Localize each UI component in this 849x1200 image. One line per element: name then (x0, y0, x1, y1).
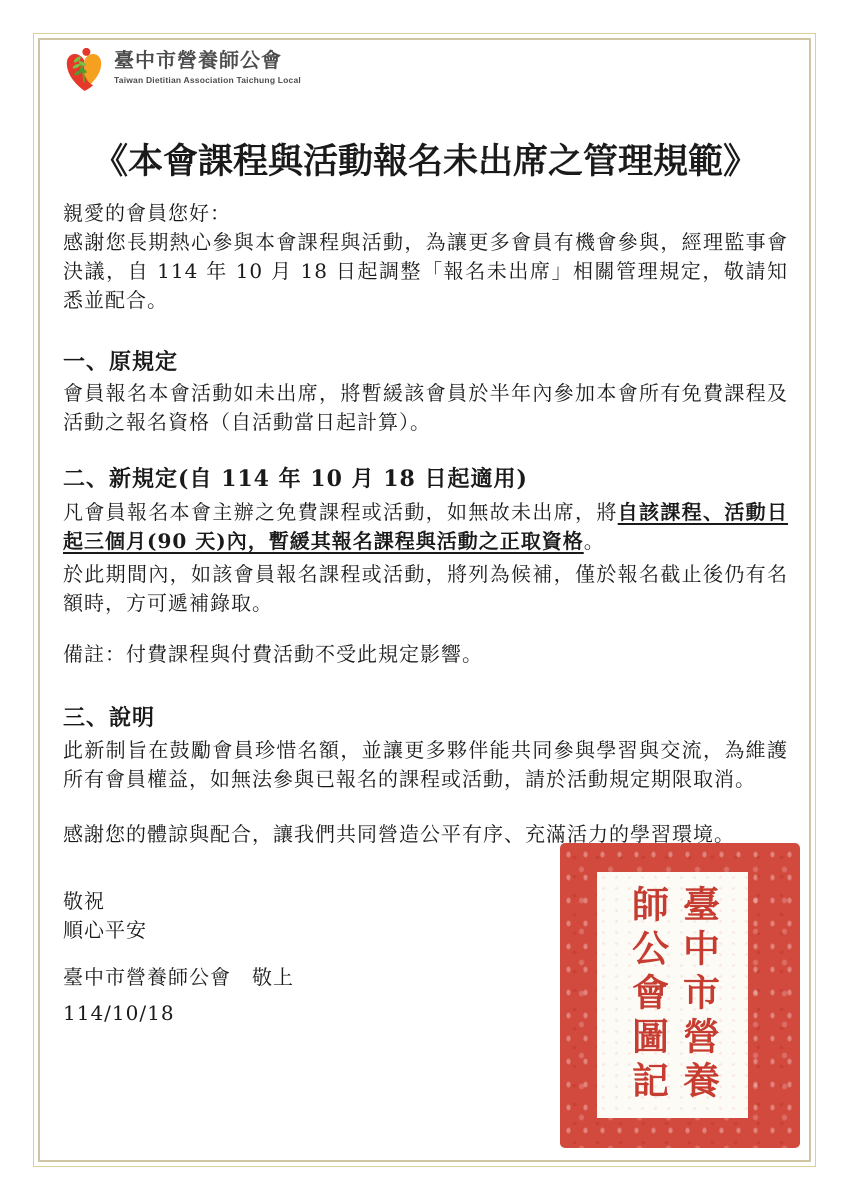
section-2-heading: 二、新規定(自 114 年 10 月 18 日起適用) (63, 464, 788, 494)
section-3-heading: 三、說明 (63, 703, 788, 733)
section-2-note: 備註：付費課程與付費活動不受此規定影響。 (63, 640, 788, 669)
heart-sprout-logo-icon (63, 46, 105, 94)
section-2-body-prefix: 凡會員報名本會主辦之免費課程或活動，如無故未出席，將 (63, 500, 618, 524)
section-2-body-first: 凡會員報名本會主辦之免費課程或活動，如無故未出席，將自該課程、活動日起三個月(9… (63, 498, 788, 556)
seal-text-right-column: 臺中市營養 (680, 885, 717, 1105)
org-logo-text: 臺中市營養師公會 Taiwan Dietitian Association Ta… (114, 46, 301, 85)
section-3-body: 此新制旨在鼓勵會員珍惜名額，並讓更多夥伴能共同參與學習與交流，為維護所有會員權益… (63, 736, 788, 794)
org-logo: 臺中市營養師公會 Taiwan Dietitian Association Ta… (63, 46, 788, 96)
notice-document: 臺中市營養師公會 Taiwan Dietitian Association Ta… (0, 0, 849, 1200)
document-title: 《本會課程與活動報名未出席之管理規範》 (63, 136, 788, 188)
org-name-english: Taiwan Dietitian Association Taichung Lo… (114, 75, 301, 85)
seal-text-left-column: 師公會圖記 (629, 885, 666, 1105)
section-1-heading: 一、原規定 (63, 347, 788, 377)
section-2-body-second: 於此期間內，如該會員報名課程或活動，將列為候補，僅於報名截止後仍有名額時，方可遞… (63, 560, 788, 618)
section-1-body: 會員報名本會活動如未出席，將暫緩該會員於半年內參加本會所有免費課程及活動之報名資… (63, 379, 788, 437)
intro-paragraph: 感謝您長期熱心參與本會課程與活動，為讓更多會員有機會參與，經理監事會決議，自 1… (63, 228, 788, 315)
official-seal-inner: 師公會圖記 臺中市營養 (597, 872, 748, 1118)
official-seal: 師公會圖記 臺中市營養 (560, 843, 800, 1148)
greeting-line: 親愛的會員您好： (63, 199, 788, 228)
section-2-body-suffix: 。 (584, 529, 605, 553)
org-name: 臺中市營養師公會 (114, 49, 301, 73)
